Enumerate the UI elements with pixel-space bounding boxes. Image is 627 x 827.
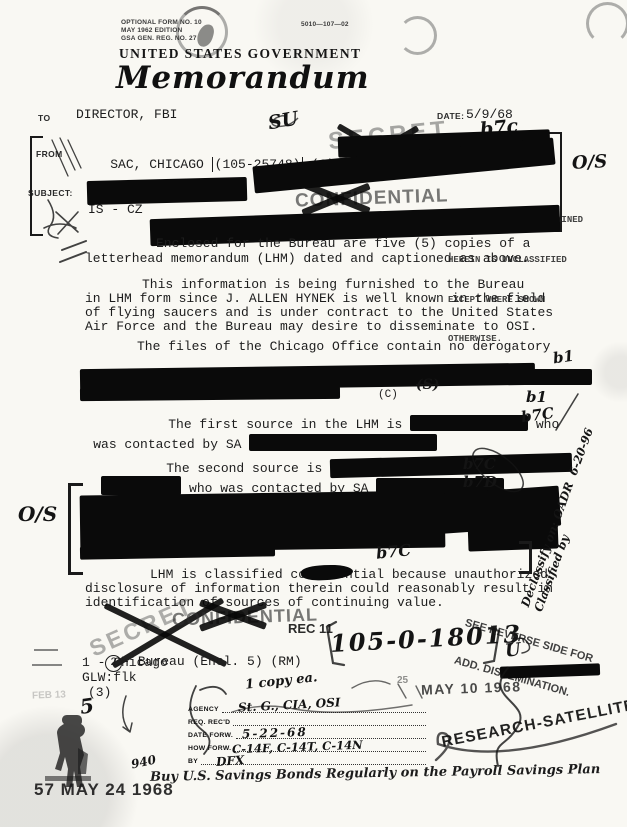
form-edition-line: OPTIONAL FORM NO. 10 xyxy=(121,19,202,27)
margin-dash xyxy=(34,649,58,651)
memorandum-title: Memorandum xyxy=(116,60,370,96)
redaction-bar xyxy=(80,543,275,559)
routing-date-value: 5-22-68 xyxy=(242,725,308,741)
redaction-bar xyxy=(80,386,340,401)
form-edition-line: GSA GEN. REG. NO. 27 xyxy=(121,35,197,43)
typist-initials: GLW:flk xyxy=(82,671,137,686)
handwritten-os-mark: O/S xyxy=(18,502,57,526)
handwritten-s-classification: (S) xyxy=(416,377,439,393)
handwritten-b1-exemption: b1 xyxy=(526,388,547,406)
handwritten-b7c-exemption: b7C xyxy=(375,540,412,563)
minuteman-statue-figure xyxy=(42,712,94,790)
handwritten-os-mark: O/S xyxy=(571,151,607,174)
handwritten-b7d-exemption: b7D xyxy=(463,473,497,491)
redaction-bar xyxy=(101,476,181,495)
rec-stamp: REC 11 xyxy=(288,621,333,636)
to-label: TO xyxy=(38,113,50,123)
body-line: The files of the Chicago Office contain … xyxy=(137,340,550,355)
routing-by-value: DFX xyxy=(216,753,245,769)
body-line: letterhead memorandum (LHM) dated and ca… xyxy=(85,252,530,267)
dotted-leader xyxy=(233,716,426,726)
from-value: SAC, CHICAGO xyxy=(110,157,204,172)
margin-dash xyxy=(32,664,62,666)
handwritten-number: 940 xyxy=(130,753,157,772)
feb-date-stamp: FEB 13 xyxy=(32,689,66,701)
ink-ring-mark xyxy=(398,16,437,55)
body-line: Enclosed for the Bureau are five (5) cop… xyxy=(156,237,530,252)
handwritten-b7c-exemption: b7C xyxy=(463,455,496,473)
form-edition-line: MAY 1962 EDITION xyxy=(121,27,182,35)
to-value: DIRECTOR, FBI xyxy=(76,108,177,123)
redaction-bar xyxy=(87,177,248,205)
form-number: 5010—107—02 xyxy=(301,21,349,29)
received-stamp-prefix: 25 xyxy=(397,675,408,686)
handwritten-su-mark: SU xyxy=(266,108,300,135)
cc-line-chicago: 1 - Chicago xyxy=(82,656,168,671)
handwritten-b1-exemption: b1 xyxy=(552,347,575,368)
left-bracket xyxy=(30,136,43,236)
subject-value: IS - CZ xyxy=(88,203,143,218)
ink-ring-mark xyxy=(586,2,627,45)
memo-scan-page: OPTIONAL FORM NO. 10 MAY 1962 EDITION GS… xyxy=(0,0,627,827)
body-line: Air Force and the Bureau may desire to d… xyxy=(85,320,537,335)
